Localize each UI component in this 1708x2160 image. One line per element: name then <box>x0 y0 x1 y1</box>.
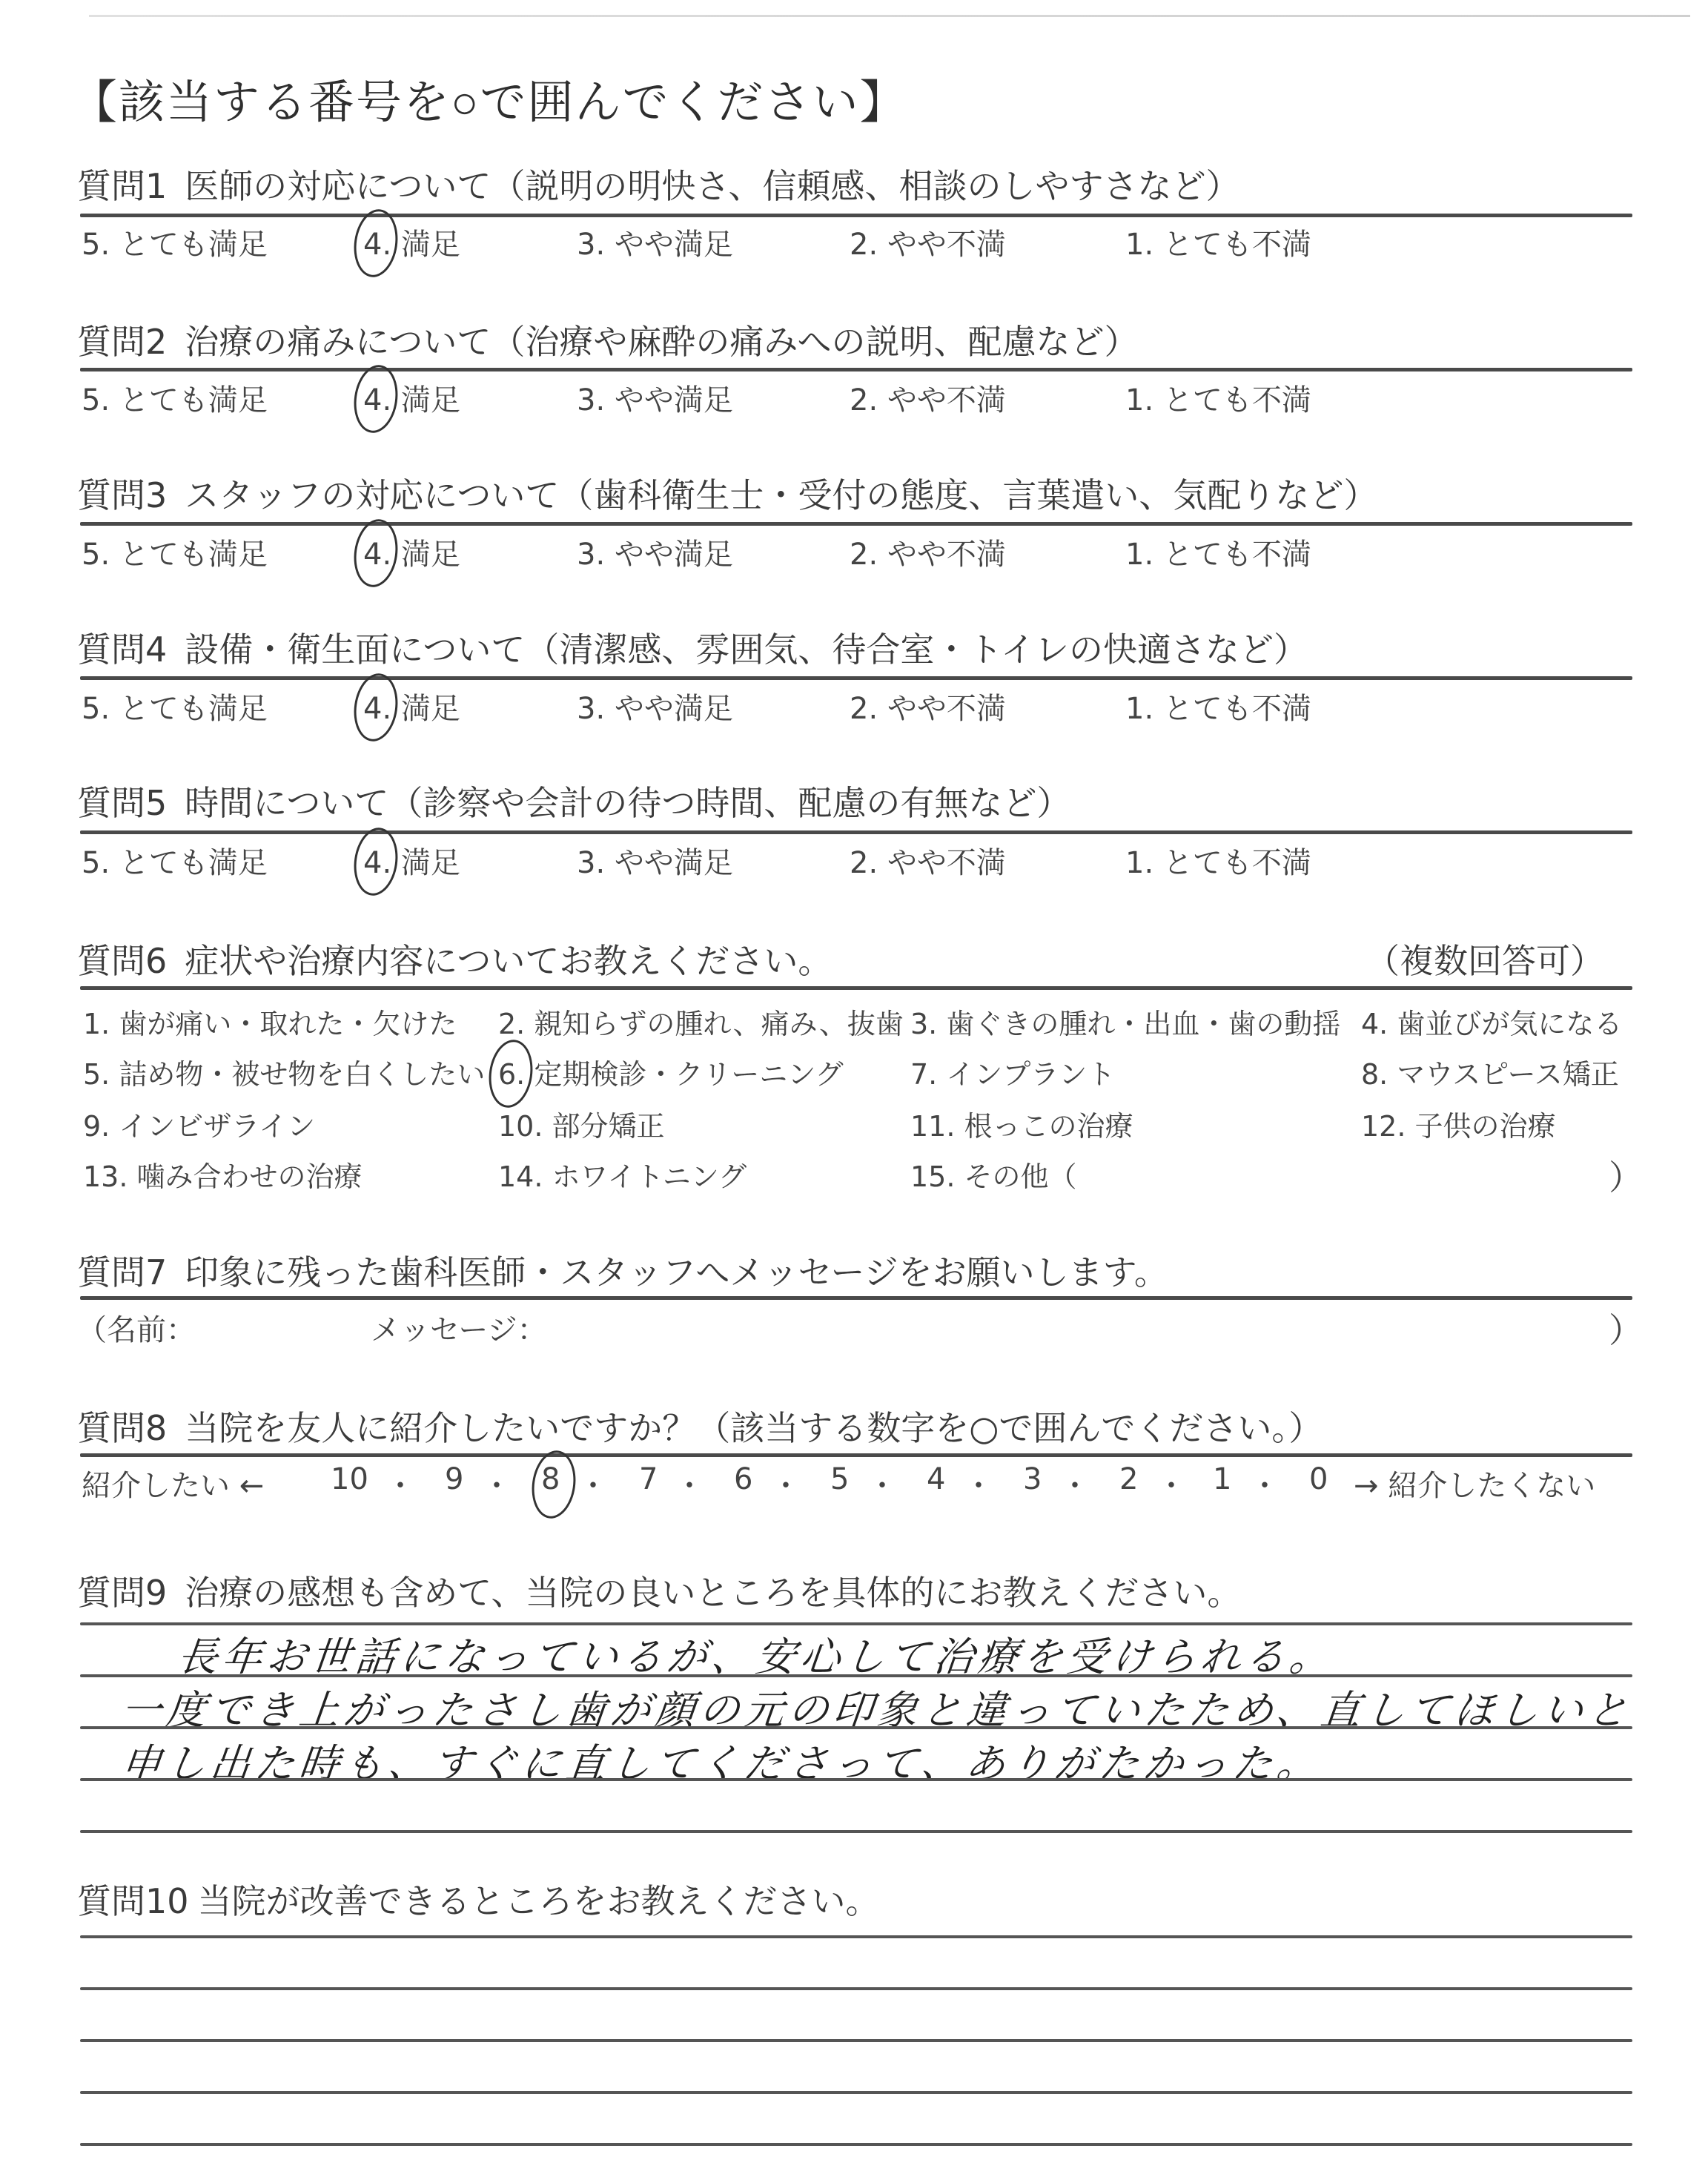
rating-option-4-selected[interactable]: 4. 満足 <box>363 531 460 573</box>
answer-line <box>80 1726 1632 1729</box>
message-label: メッセージ： <box>371 1307 547 1349</box>
question-1: 質問1医師の対応について（説明の明快さ、信頼感、相談のしやすさなど） <box>77 159 1240 208</box>
rating-option-3[interactable]: 3. やや満足 <box>577 839 733 882</box>
answer-line <box>80 2091 1632 2094</box>
rating-option-2[interactable]: 2. やや不満 <box>850 839 1006 882</box>
rating-option-5[interactable]: 5. とても満足 <box>82 839 268 882</box>
scale-3[interactable]: 3 <box>1023 1462 1042 1496</box>
rating-option-1[interactable]: 1. とても不満 <box>1125 839 1311 882</box>
divider <box>80 1296 1632 1300</box>
answer-line <box>80 1778 1632 1781</box>
divider <box>80 214 1632 217</box>
other-close-paren: ） <box>1609 1151 1643 1200</box>
scale-0[interactable]: 0 <box>1309 1462 1328 1496</box>
answer-line <box>80 2143 1632 2146</box>
answer-line <box>80 1830 1632 1833</box>
question-2: 質問2治療の痛みについて（治療や麻酔の痛みへの説明、配慮など） <box>77 315 1138 364</box>
question-9: 質問9治療の感想も含めて、当院の良いところを具体的にお教えください。 <box>77 1566 1241 1615</box>
question-number: 質問6 <box>77 941 167 981</box>
rating-option-5[interactable]: 5. とても満足 <box>82 531 268 573</box>
question-10: 質問10当院が改善できるところをお教えください。 <box>77 1875 880 1923</box>
question-number: 質問9 <box>77 1573 167 1613</box>
question-text: 治療の感想も含めて、当院の良いところを具体的にお教えください。 <box>185 1573 1241 1613</box>
divider <box>80 830 1632 834</box>
divider <box>80 522 1632 526</box>
symptom-option-6-selected[interactable]: 6. 定期検診・クリーニング <box>498 1051 844 1092</box>
question-text: 医師の対応について（説明の明快さ、信頼感、相談のしやすさなど） <box>185 166 1239 206</box>
answer-line <box>80 1674 1632 1677</box>
divider <box>80 986 1632 990</box>
name-label: （名前： <box>77 1307 196 1349</box>
question-text: 当院が改善できるところをお教えください。 <box>198 1881 880 1921</box>
rating-option-4-selected[interactable]: 4. 満足 <box>363 839 460 882</box>
rating-option-1[interactable]: 1. とても不満 <box>1125 377 1311 419</box>
question-4: 質問4設備・衛生面について（清潔感、雰囲気、待合室・トイレの快適さなど） <box>77 623 1308 672</box>
question-number: 質問3 <box>77 475 167 515</box>
scale-4[interactable]: 4 <box>927 1462 945 1496</box>
symptom-option-1[interactable]: 1. 歯が痛い・取れた・欠けた <box>83 1001 457 1042</box>
symptom-option-10[interactable]: 10. 部分矯正 <box>498 1103 665 1144</box>
form-heading: 【該当する番号を○で囲んでください】 <box>71 65 907 131</box>
divider <box>80 368 1632 371</box>
scale-6[interactable]: 6 <box>734 1462 752 1496</box>
rating-option-5[interactable]: 5. とても満足 <box>82 377 268 419</box>
question-number: 質問7 <box>77 1252 167 1292</box>
scale-7[interactable]: 7 <box>639 1462 658 1496</box>
message-close-paren: ） <box>1609 1304 1643 1353</box>
divider <box>80 1453 1632 1457</box>
rating-option-2[interactable]: 2. やや不満 <box>850 531 1006 573</box>
rating-option-1[interactable]: 1. とても不満 <box>1125 685 1311 727</box>
question-text: 症状や治療内容についてお教えください。 <box>185 941 832 981</box>
question-7: 質問7印象に残った歯科医師・スタッフへメッセージをお願いします。 <box>77 1246 1168 1295</box>
question-6: 質問6症状や治療内容についてお教えください。 <box>77 934 832 983</box>
rating-option-1[interactable]: 1. とても不満 <box>1125 221 1311 263</box>
scale-right-label: → 紹介したくない <box>1354 1462 1595 1505</box>
question-text: 時間について（診察や会計の待つ時間、配慮の有無など） <box>185 783 1070 823</box>
question-3: 質問3スタッフの対応について（歯科衛生士・受付の態度、言葉遣い、気配りなど） <box>77 469 1377 518</box>
question-number: 質問2 <box>77 322 167 362</box>
rating-option-5[interactable]: 5. とても満足 <box>82 221 268 263</box>
question-8: 質問8当院を友人に紹介したいですか？（該当する数字を○で囲んでください。） <box>77 1401 1323 1450</box>
rating-option-2[interactable]: 2. やや不満 <box>850 377 1006 419</box>
scale-10[interactable]: 10 <box>331 1462 368 1496</box>
question-number: 質問1 <box>77 166 167 206</box>
question-number: 質問8 <box>77 1408 167 1448</box>
scale-8-selected[interactable]: 8 <box>541 1462 560 1496</box>
rating-option-4-selected[interactable]: 4. 満足 <box>363 377 460 419</box>
question-text: スタッフの対応について（歯科衛生士・受付の態度、言葉遣い、気配りなど） <box>185 475 1377 515</box>
symptom-option-5[interactable]: 5. 詰め物・被せ物を白くしたい <box>83 1051 485 1092</box>
symptom-option-13[interactable]: 13. 噛み合わせの治療 <box>83 1154 363 1195</box>
question-number: 質問5 <box>77 783 167 823</box>
question-text: 当院を友人に紹介したいですか？（該当する数字を○で囲んでください。） <box>185 1408 1323 1448</box>
scale-9[interactable]: 9 <box>445 1462 463 1496</box>
rating-option-3[interactable]: 3. やや満足 <box>577 531 733 573</box>
scale-left-label: 紹介したい ← <box>82 1462 264 1505</box>
rating-option-2[interactable]: 2. やや不満 <box>850 685 1006 727</box>
symptom-option-3[interactable]: 3. 歯ぐきの腫れ・出血・歯の動揺 <box>910 1001 1340 1042</box>
divider <box>80 676 1632 680</box>
rating-option-5[interactable]: 5. とても満足 <box>82 685 268 727</box>
rating-option-3[interactable]: 3. やや満足 <box>577 685 733 727</box>
scale-5[interactable]: 5 <box>830 1462 849 1496</box>
rating-option-4-selected[interactable]: 4. 満足 <box>363 221 460 263</box>
rating-option-2[interactable]: 2. やや不満 <box>850 221 1006 263</box>
scale-1[interactable]: 1 <box>1213 1462 1231 1496</box>
page-top-edge <box>89 15 1690 17</box>
rating-option-4-selected[interactable]: 4. 満足 <box>363 685 460 727</box>
symptom-option-7[interactable]: 7. インプラント <box>910 1051 1115 1092</box>
question-text: 設備・衛生面について（清潔感、雰囲気、待合室・トイレの快適さなど） <box>185 630 1308 670</box>
symptom-option-14[interactable]: 14. ホワイトニング <box>498 1154 747 1195</box>
scale-2[interactable]: 2 <box>1119 1462 1138 1496</box>
symptom-option-9[interactable]: 9. インビザライン <box>83 1103 315 1144</box>
symptom-option-2[interactable]: 2. 親知らずの腫れ、痛み、抜歯 <box>498 1001 904 1042</box>
question-text: 治療の痛みについて（治療や麻酔の痛みへの説明、配慮など） <box>185 322 1138 362</box>
rating-option-3[interactable]: 3. やや満足 <box>577 377 733 419</box>
answer-line <box>80 2039 1632 2042</box>
answer-line <box>80 1935 1632 1938</box>
question-text: 印象に残った歯科医師・スタッフへメッセージをお願いします。 <box>185 1252 1168 1292</box>
question-number: 質問4 <box>77 630 167 670</box>
answer-line <box>80 1987 1632 1990</box>
symptom-option-4[interactable]: 4. 歯並びが気になる <box>1361 1001 1622 1042</box>
symptom-option-15-other[interactable]: 15. その他（ <box>910 1154 1077 1195</box>
question-number: 質問10 <box>77 1881 189 1921</box>
multiple-answers-note: （複数回答可） <box>1366 934 1604 983</box>
question-5: 質問5時間について（診察や会計の待つ時間、配慮の有無など） <box>77 776 1070 825</box>
rating-option-1[interactable]: 1. とても不満 <box>1125 531 1311 573</box>
rating-option-3[interactable]: 3. やや満足 <box>577 221 733 263</box>
symptom-option-8[interactable]: 8. マウスピース矯正 <box>1361 1051 1619 1092</box>
symptom-option-12[interactable]: 12. 子供の治療 <box>1361 1103 1556 1144</box>
symptom-option-11[interactable]: 11. 根っこの治療 <box>910 1103 1133 1144</box>
